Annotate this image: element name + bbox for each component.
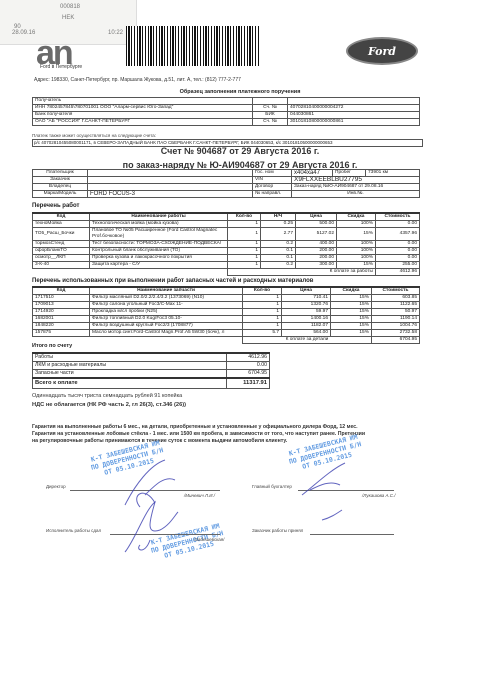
works-table: Код Наименование работы Кол-во Н/Ч Цена … [32,212,420,276]
table-row: 1682001Фильтр топливный D2.0 Kug/Foc3 05… [33,316,420,323]
mileage-value: 73901 км [366,170,420,177]
grand-total-value: 11317.91 [227,378,270,389]
dealer-address: Адрес: 198330, Санкт-Петербург, пр. Марш… [34,77,241,83]
works-total-value: 4612.96 [376,269,420,276]
vin-label: VIN [253,177,292,184]
executor-label: Исполнитель работы сдал [46,528,101,533]
dealer-logo-subtitle: Ford в Петербурге [40,64,82,70]
table-row: 1848220Фильтр воздушный круглый Foc2/3 (… [33,323,420,330]
col-header: Скидка [337,213,376,221]
vehicle-info-table: Плательщик Гос. ном х404ха47 Пробег 7390… [32,169,420,198]
table-row: тормозСтендТест безопасности: ТОРМОЗА-СХ… [33,241,420,248]
payment-details-table: Получатель ИНН 7802457845\780701001 ООО … [32,97,420,126]
summary-table: Работы 4612.96 ЛКМ и расходные материалы… [32,352,270,389]
contract-value: Заказ-наряд №Ю-АИ904687 от 29.08.16 [292,184,420,191]
parts-title: Перечень использованных при выполнении р… [32,278,313,284]
col-header: Код [33,287,90,295]
sticker-time: 10:22 [108,30,123,36]
summary-row: ЛКМ и расходные материалы 0.00 [33,362,270,370]
executor-name: /Забешевская/ [194,537,224,542]
inv-label: Инв.№. [292,191,420,198]
model-value: FORD FOCUS-3 [88,191,253,198]
parts-total-label: К оплате за детали [243,337,372,344]
payer-label: Плательщик [33,170,88,177]
col-header: Скидка [331,287,372,295]
vin-value: X9FLXXEEBLBU27795 [292,177,420,184]
customer-signature-icon [320,508,344,522]
col-header: Н/Ч [261,213,296,221]
accountant-signature-icon [300,460,350,500]
amount-in-words: Одиннадцать тысяч триста семнадцать рубл… [32,393,182,399]
parts-table: Код Наименование запчасти Кол-во Цена Ск… [32,286,420,344]
col-header: Стоимость [376,213,420,221]
customer-signature-line [310,528,394,535]
account-value: 40702810400000004272 [288,105,420,112]
table-row: офорБланкТОКонтрольный бланк обслуживани… [33,248,420,255]
customer-value [88,177,253,184]
grand-total-row: Всего к оплате 11317.91 [33,378,270,389]
account-label: Сч. № [253,105,288,112]
barcode [126,26,260,66]
recipient-label: Получатель [33,98,253,105]
table-row: техноМойкаТехнологическая мойка (мойка к… [33,221,420,228]
accountant-name: /Лукашова А.С./ [362,493,395,498]
col-header: Наименование работы [90,213,228,221]
invoice-title: Счет № 904687 от 29 Августа 2016 г. [0,146,480,156]
col-header: Цена [282,287,331,295]
col-header: Стоимость [372,287,420,295]
table-row: ТО5_Расш_БочкиПлановое ТО №05 Расширенно… [33,228,420,241]
direction-label: № направл. [253,191,292,198]
table-row: 1709013Фильтр салона угольный Foc3/C-Max… [33,302,420,309]
works-title: Перечень работ [32,203,79,209]
summary-row: Запасные части 6704.95 [33,370,270,379]
model-label: Марка/Модель [33,191,88,198]
payment-note: Платеж также может осуществляться на сле… [32,133,156,138]
col-header: Кол-во [243,287,282,295]
bik-value: 044030861 [288,112,420,119]
vat-note: НДС не облагается (НК РФ часть 2, гл 26(… [32,402,186,408]
payment-sample-title: Образец заполнения платежного поручения [0,89,480,95]
customer-label: Заказчик [33,177,88,184]
payer-value [88,170,253,177]
dealer-logo: an [36,40,72,66]
director-label: Директор [46,484,66,489]
bank-label: Банк получателя [33,112,253,119]
director-name: /Миневич Л.И./ [184,493,215,498]
col-header: Наименование запчасти [90,287,243,295]
accountant-label: Главный бухгалтер [252,484,292,489]
executor-signature-icon [120,500,180,555]
ford-logo-icon: Ford [346,37,418,65]
owner-value [88,184,253,191]
contract-label: Договор [253,184,292,191]
summary-title: Итого по счету [32,343,72,349]
parts-total-value: 6704.95 [372,337,420,344]
table-row: осмотр__ЛКППроверка кузова и лакокрасочн… [33,255,420,262]
summary-row: Работы 4612.96 [33,353,270,362]
sticker-text: HEK [62,15,74,21]
table-row: 3-К-40Защита картера - С/У 10.2 300.0015… [33,262,420,269]
bank-value: ОАО "АБ "РОССИЯ" Г.САНКТ-ПЕТЕРБУРГ [33,119,253,126]
customer-accept-label: Заказчик работы принял [252,528,303,533]
grand-total-label: Всего к оплате [33,378,227,389]
corr-account-value: 30101810800000000861 [288,119,420,126]
sticker-code: 000818 [60,4,80,10]
owner-label: Владелец [33,184,88,191]
col-header: Цена [296,213,337,221]
recipient-value: ИНН 7802457845\780701001 ООО "Аларм-серв… [33,105,253,112]
table-row: 1717510Фильтр масляный D2.0/2.2/2.4/3.2 … [33,295,420,302]
table-row: 1714920Прокладка м/сл пробки (N25) 159.9… [33,309,420,316]
col-header: Код [33,213,90,221]
table-row: 157875Масло мотор.синт.Ford-Castrol Magn… [33,330,420,337]
works-total-label: К оплате за работы [228,269,376,276]
col-header: Кол-во [228,213,261,221]
corr-account-label: Сч. № [253,119,288,126]
bik-label: БИК [253,112,288,119]
sticker-date: 28.09.16 [12,30,35,36]
plate-label: Гос. ном [253,170,292,177]
